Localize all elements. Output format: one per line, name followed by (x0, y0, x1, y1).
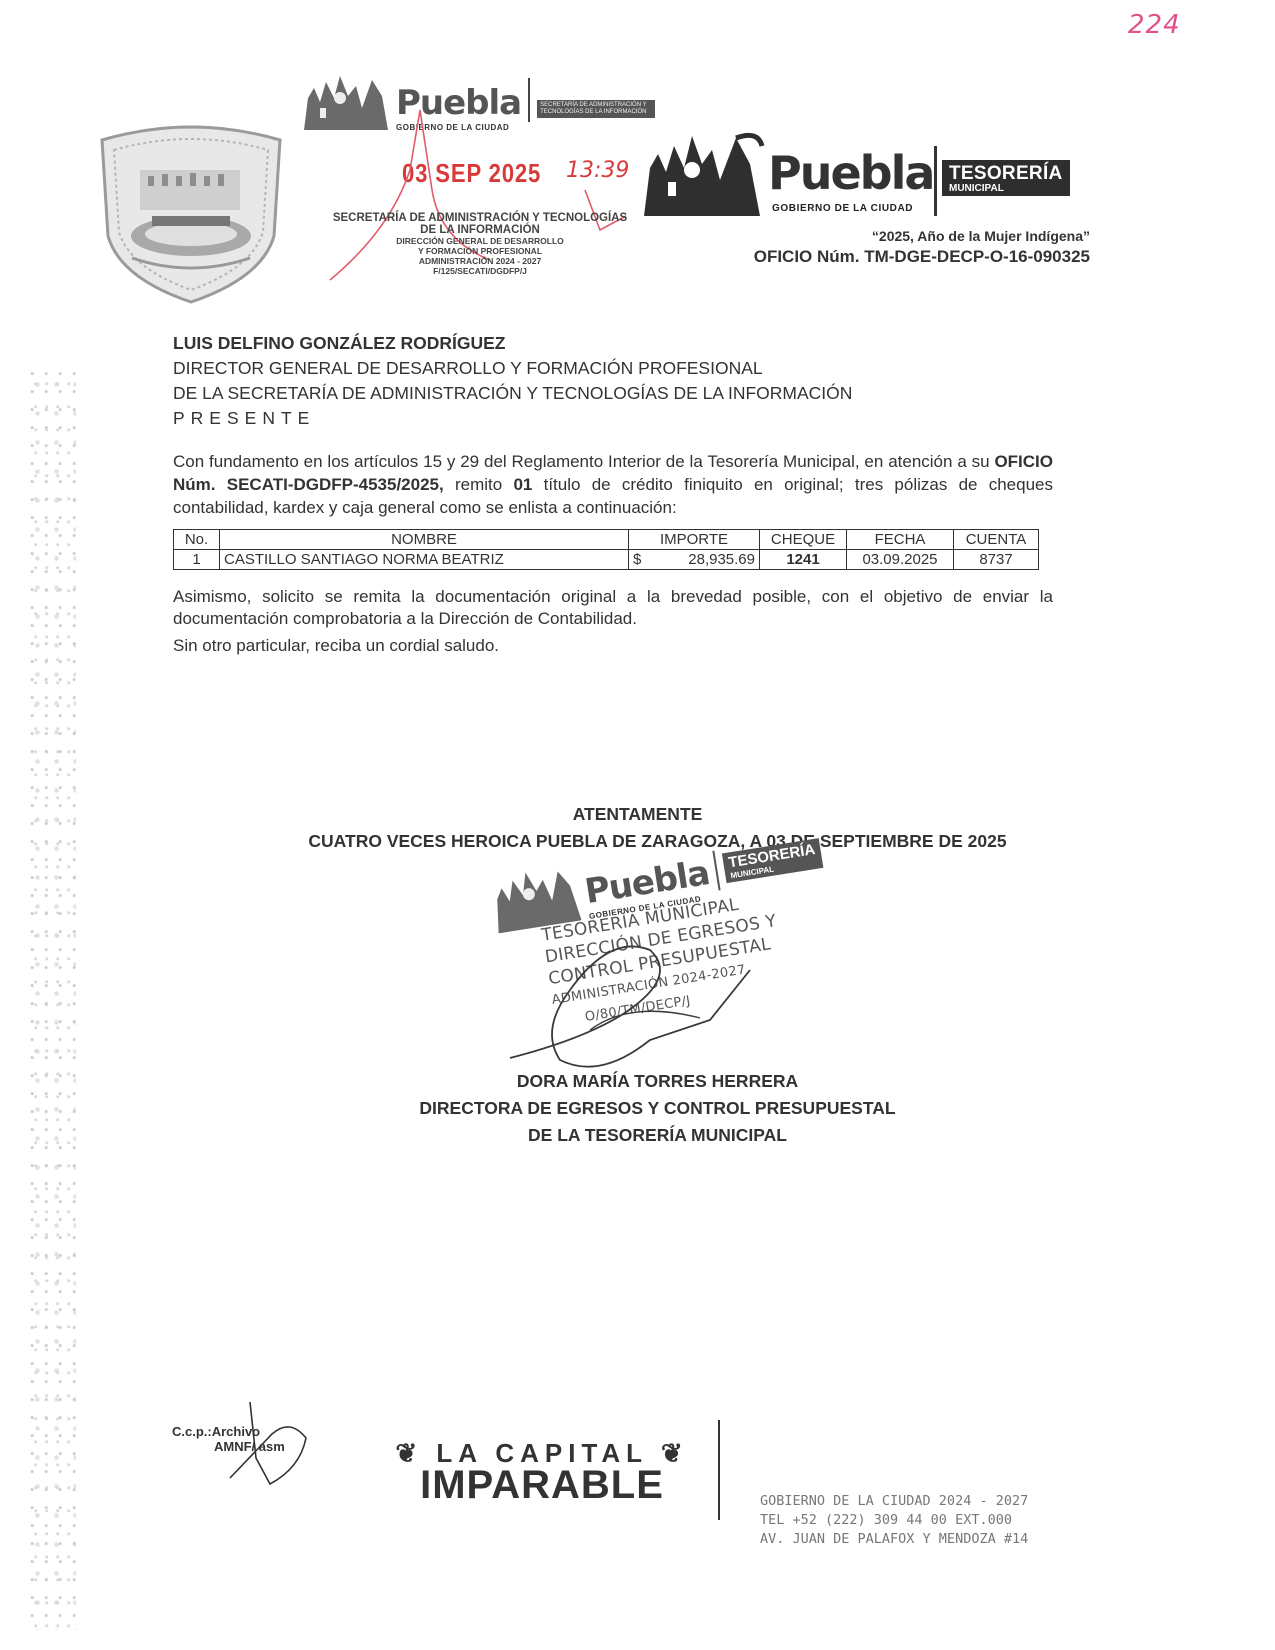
initials-scribble-icon (210, 1398, 320, 1488)
puebla-header-logo-icon (640, 128, 765, 218)
coat-of-arms-seal-icon (92, 118, 290, 304)
scan-artifact-strip (28, 370, 76, 1630)
body-paragraph-3: Sin otro particular, reciba un cordial s… (173, 636, 499, 656)
header-divider (934, 146, 937, 216)
check-table: No. NOMBRE IMPORTE CHEQUE FECHA CUENTA 1… (173, 529, 1039, 570)
table-row: 1 CASTILLO SANTIAGO NORMA BEATRIZ $28,93… (174, 550, 1039, 570)
signer-block: DORA MARÍA TORRES HERRERA DIRECTORA DE E… (0, 1068, 1275, 1149)
oficio-number: OFICIO Núm. TM-DGE-DECP-O-16-090325 (680, 247, 1090, 267)
col-fecha: FECHA (847, 530, 954, 550)
col-cheque: CHEQUE (760, 530, 847, 550)
cell-cheque: 1241 (760, 550, 847, 570)
addressee-title-1: DIRECTOR GENERAL DE DESARROLLO Y FORMACI… (173, 356, 852, 381)
col-cuenta: CUENTA (954, 530, 1039, 550)
addressee-title-2: DE LA SECRETARÍA DE ADMINISTRACIÓN Y TEC… (173, 381, 852, 406)
col-no: No. (174, 530, 220, 550)
received-stamp-text: SECRETARÍA DE ADMINISTRACIÓN Y TECNOLOGÍ… (305, 212, 655, 276)
presente: PRESENTE (173, 406, 852, 431)
cell-no: 1 (174, 550, 220, 570)
signer-role-2: DE LA TESORERÍA MUNICIPAL (0, 1122, 1275, 1149)
body-paragraph-1: Con fundamento en los artículos 15 y 29 … (173, 450, 1053, 519)
col-importe: IMPORTE (629, 530, 760, 550)
signature-scribble-icon (500, 930, 800, 1080)
cell-fecha: 03.09.2025 (847, 550, 954, 570)
dept-badge: TESORERÍA MUNICIPAL (942, 160, 1070, 196)
signer-name: DORA MARÍA TORRES HERRERA (0, 1068, 1275, 1095)
footer-address: GOBIERNO DE LA CIUDAD 2024 - 2027 TEL +5… (760, 1492, 1028, 1549)
addressee-block: LUIS DELFINO GONZÁLEZ RODRÍGUEZ DIRECTOR… (173, 331, 852, 431)
cell-cuenta: 8737 (954, 550, 1039, 570)
col-nombre: NOMBRE (220, 530, 629, 550)
brand-slogan: ❦ LA CAPITAL ❦ IMPARABLE (392, 1438, 692, 1508)
cell-nombre: CASTILLO SANTIAGO NORMA BEATRIZ (220, 550, 629, 570)
header-logo-subtitle: GOBIERNO DE LA CIUDAD (772, 203, 913, 214)
addressee-name: LUIS DELFINO GONZÁLEZ RODRÍGUEZ (173, 331, 852, 356)
page-number-mark: 224 (1128, 10, 1181, 40)
footer-divider (718, 1420, 720, 1520)
table-header-row: No. NOMBRE IMPORTE CHEQUE FECHA CUENTA (174, 530, 1039, 550)
header-logo-text: Puebla (768, 146, 933, 200)
brand-line-2: IMPARABLE (392, 1463, 692, 1508)
body-paragraph-2: Asimismo, solicito se remita la document… (173, 586, 1053, 630)
closing-atentamente: ATENTAMENTE (0, 804, 1275, 825)
cell-importe: $28,935.69 (629, 550, 760, 570)
signer-role-1: DIRECTORA DE EGRESOS Y CONTROL PRESUPUES… (0, 1095, 1275, 1122)
year-motto: “2025, Año de la Mujer Indígena” (740, 228, 1090, 244)
